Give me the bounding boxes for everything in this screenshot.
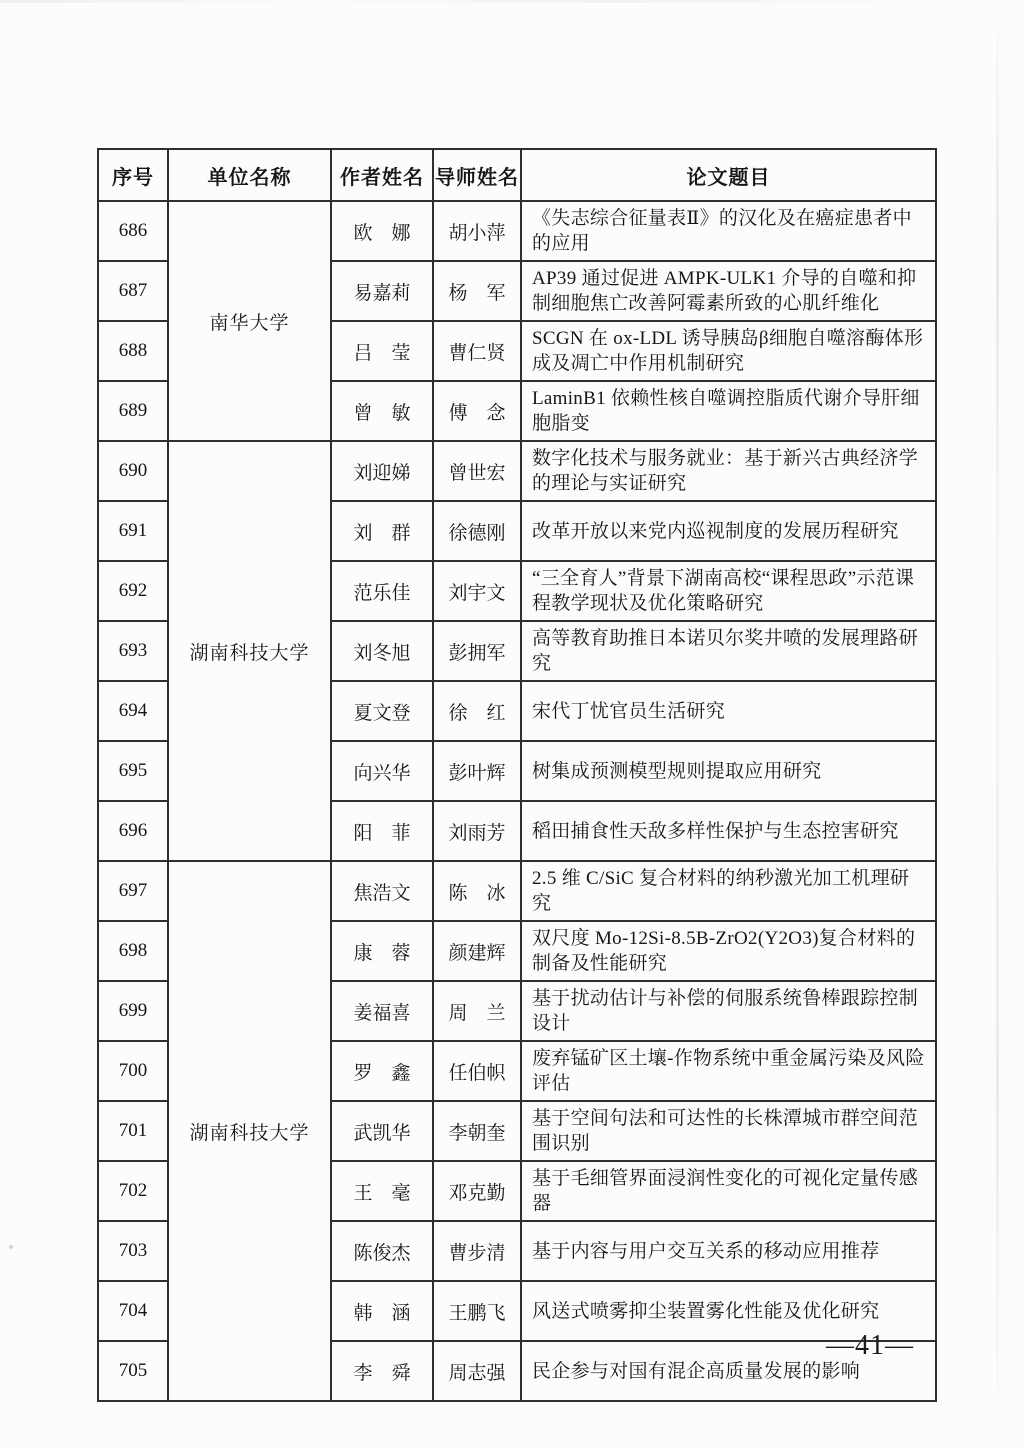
table-row: 697 湖南科技大学 焦浩文 陈 冰 2.5 维 C/SiC 复合材料的纳秒激光…: [98, 861, 936, 921]
author-cell: 焦浩文: [331, 861, 433, 921]
serial-cell: 689: [98, 381, 168, 441]
advisor-cell: 彭拥军: [433, 621, 521, 681]
author-cell: 刘迎娣: [331, 441, 433, 501]
advisor-cell: 刘雨芳: [433, 801, 521, 861]
serial-cell: 692: [98, 561, 168, 621]
advisor-cell: 徐德刚: [433, 501, 521, 561]
author-cell: 吕 莹: [331, 321, 433, 381]
author-cell: 阳 菲: [331, 801, 433, 861]
author-cell: 康 蓉: [331, 921, 433, 981]
author-cell: 欧 娜: [331, 201, 433, 261]
title-cell: 稻田捕食性天敌多样性保护与生态控害研究: [521, 801, 936, 861]
author-cell: 向兴华: [331, 741, 433, 801]
unit-cell: 南华大学: [168, 201, 331, 441]
advisor-cell: 邓克勤: [433, 1161, 521, 1221]
header-row: 序号 单位名称 作者姓名 导师姓名 论文题目: [98, 149, 936, 201]
serial-cell: 690: [98, 441, 168, 501]
author-cell: 姜福喜: [331, 981, 433, 1041]
author-cell: 夏文登: [331, 681, 433, 741]
serial-cell: 698: [98, 921, 168, 981]
scan-artifact-streak: [996, 0, 999, 1448]
serial-cell: 704: [98, 1281, 168, 1341]
advisor-cell: 李朝奎: [433, 1101, 521, 1161]
advisor-cell: 徐 红: [433, 681, 521, 741]
thesis-table: 序号 单位名称 作者姓名 导师姓名 论文题目 686 南华大学 欧 娜 胡小萍 …: [97, 148, 937, 1402]
advisor-cell: 王鹏飞: [433, 1281, 521, 1341]
author-cell: 陈俊杰: [331, 1221, 433, 1281]
scanned-page: 序号 单位名称 作者姓名 导师姓名 论文题目 686 南华大学 欧 娜 胡小萍 …: [0, 0, 1024, 1448]
advisor-cell: 杨 军: [433, 261, 521, 321]
title-cell: 基于毛细管界面浸润性变化的可视化定量传感器: [521, 1161, 936, 1221]
author-cell: 刘 群: [331, 501, 433, 561]
advisor-cell: 傅 念: [433, 381, 521, 441]
advisor-cell: 彭叶辉: [433, 741, 521, 801]
advisor-cell: 曹步清: [433, 1221, 521, 1281]
title-cell: LaminB1 依赖性核自噬调控脂质代谢介导肝细胞脂变: [521, 381, 936, 441]
title-cell: 基于空间句法和可达性的长株潭城市群空间范围识别: [521, 1101, 936, 1161]
author-cell: 罗 鑫: [331, 1041, 433, 1101]
advisor-cell: 曾世宏: [433, 441, 521, 501]
page-number: —41—: [826, 1330, 914, 1362]
serial-cell: 688: [98, 321, 168, 381]
serial-cell: 701: [98, 1101, 168, 1161]
title-cell: 改革开放以来党内巡视制度的发展历程研究: [521, 501, 936, 561]
header-author: 作者姓名: [331, 149, 433, 201]
author-cell: 范乐佳: [331, 561, 433, 621]
advisor-cell: 胡小萍: [433, 201, 521, 261]
title-cell: 数字化技术与服务就业：基于新兴古典经济学的理论与实证研究: [521, 441, 936, 501]
author-cell: 王 毫: [331, 1161, 433, 1221]
title-cell: SCGN 在 ox-LDL 诱导胰岛β细胞自噬溶酶体形成及凋亡中作用机制研究: [521, 321, 936, 381]
serial-cell: 702: [98, 1161, 168, 1221]
serial-cell: 703: [98, 1221, 168, 1281]
title-cell: 基于扰动估计与补偿的伺服系统鲁棒跟踪控制设计: [521, 981, 936, 1041]
advisor-cell: 颜建辉: [433, 921, 521, 981]
unit-cell: 湖南科技大学: [168, 861, 331, 1401]
advisor-cell: 陈 冰: [433, 861, 521, 921]
serial-cell: 687: [98, 261, 168, 321]
author-cell: 易嘉莉: [331, 261, 433, 321]
serial-cell: 697: [98, 861, 168, 921]
author-cell: 刘冬旭: [331, 621, 433, 681]
serial-cell: 696: [98, 801, 168, 861]
advisor-cell: 任伯帜: [433, 1041, 521, 1101]
serial-cell: 693: [98, 621, 168, 681]
table-row: 686 南华大学 欧 娜 胡小萍 《失志综合征量表Ⅱ》的汉化及在癌症患者中的应用: [98, 201, 936, 261]
author-cell: 武凯华: [331, 1101, 433, 1161]
author-cell: 韩 涵: [331, 1281, 433, 1341]
serial-cell: 695: [98, 741, 168, 801]
scan-artifact-dot: [9, 1245, 13, 1249]
author-cell: 曾 敏: [331, 381, 433, 441]
serial-cell: 686: [98, 201, 168, 261]
advisor-cell: 周志强: [433, 1341, 521, 1401]
title-cell: 双尺度 Mo-12Si-8.5B-ZrO2(Y2O3)复合材料的制备及性能研究: [521, 921, 936, 981]
title-cell: 废弃锰矿区土壤-作物系统中重金属污染及风险评估: [521, 1041, 936, 1101]
advisor-cell: 周 兰: [433, 981, 521, 1041]
header-advisor: 导师姓名: [433, 149, 521, 201]
title-cell: 宋代丁忧官员生活研究: [521, 681, 936, 741]
title-cell: 树集成预测模型规则提取应用研究: [521, 741, 936, 801]
title-cell: 基于内容与用户交互关系的移动应用推荐: [521, 1221, 936, 1281]
scan-artifact-top: [0, 0, 1024, 3]
header-unit: 单位名称: [168, 149, 331, 201]
advisor-cell: 曹仁贤: [433, 321, 521, 381]
title-cell: “三全育人”背景下湖南高校“课程思政”示范课程教学现状及优化策略研究: [521, 561, 936, 621]
unit-cell: 湖南科技大学: [168, 441, 331, 861]
author-cell: 李 舜: [331, 1341, 433, 1401]
table-row: 690 湖南科技大学 刘迎娣 曾世宏 数字化技术与服务就业：基于新兴古典经济学的…: [98, 441, 936, 501]
serial-cell: 694: [98, 681, 168, 741]
title-cell: 《失志综合征量表Ⅱ》的汉化及在癌症患者中的应用: [521, 201, 936, 261]
serial-cell: 699: [98, 981, 168, 1041]
advisor-cell: 刘宇文: [433, 561, 521, 621]
title-cell: 高等教育助推日本诺贝尔奖井喷的发展理路研究: [521, 621, 936, 681]
serial-cell: 691: [98, 501, 168, 561]
header-title: 论文题目: [521, 149, 936, 201]
title-cell: AP39 通过促进 AMPK-ULK1 介导的自噬和抑制细胞焦亡改善阿霉素所致的…: [521, 261, 936, 321]
serial-cell: 700: [98, 1041, 168, 1101]
serial-cell: 705: [98, 1341, 168, 1401]
header-serial: 序号: [98, 149, 168, 201]
title-cell: 2.5 维 C/SiC 复合材料的纳秒激光加工机理研究: [521, 861, 936, 921]
